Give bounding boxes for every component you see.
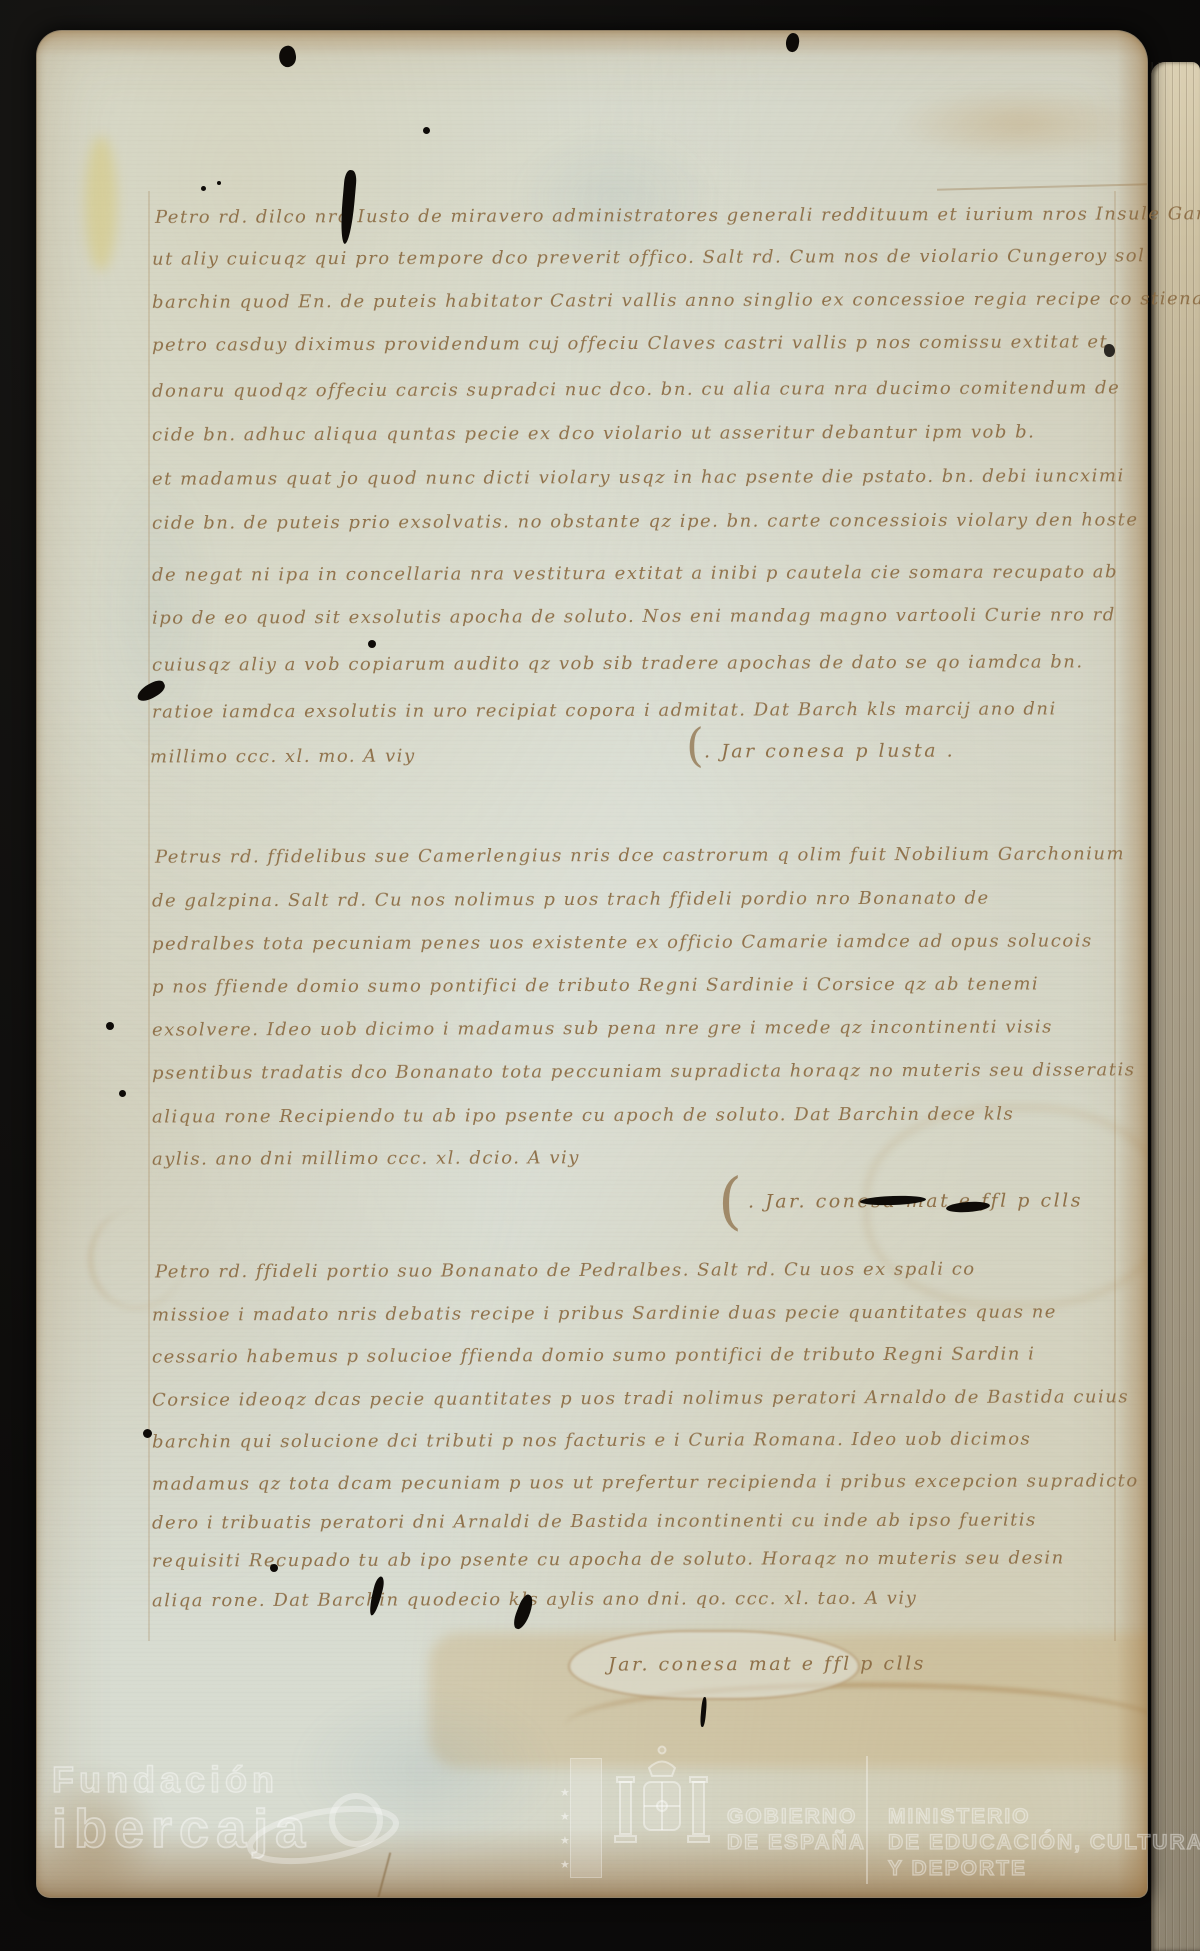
watermark-divider: [866, 1756, 868, 1884]
manuscript-line: pedralbes tota pecuniam penes uos existe…: [152, 932, 1093, 953]
manuscript-line: de galzpina. Salt rd. Cu nos nolimus p u…: [152, 890, 990, 911]
manuscript-line: cuiusqz aliy a vob copiarum audito qz vo…: [152, 653, 1084, 674]
ink-blot: [1104, 344, 1115, 357]
ink-blot: [423, 127, 430, 134]
manuscript-line: petro casduy diximus providendum cuj off…: [152, 333, 1108, 354]
manuscript-line: cide bn. adhuc aliqua quntas pecie ex dc…: [152, 423, 1035, 444]
ibercaja-swirl-logo-icon: [238, 1780, 403, 1880]
stain-top-right: [892, 86, 1147, 161]
manuscript-line: aylis. ano dni millimo ccc. xl. dcio. A …: [152, 1149, 580, 1168]
stain-curve-left: [89, 1209, 184, 1309]
manuscript-line: exsolvere. Ideo uob dicimo i madamus sub…: [152, 1018, 1053, 1039]
manuscript-line: dero i tribuatis peratori dni Arnaldi de…: [152, 1511, 1037, 1532]
eu-flag-icon: [570, 1758, 602, 1878]
manuscript-line: p nos ffiende domio sumo pontifici de tr…: [152, 975, 1039, 996]
eu-star-icon: ★: [560, 1836, 570, 1847]
manuscript-line: barchin qui solucione dci tributi p nos …: [152, 1430, 1031, 1451]
manuscript-line: Petro rd. ffideli portio suo Bonanato de…: [155, 1261, 976, 1282]
ink-blot: [143, 1429, 152, 1438]
eu-star-icon: ★: [560, 1788, 570, 1799]
manuscript-line: madamus qz tota dcam pecuniam p uos ut p…: [152, 1472, 1139, 1493]
book-fore-edge-pages: [1151, 62, 1200, 1951]
ink-blot: [217, 181, 221, 185]
manuscript-line: ratioe iamdca exsolutis in uro recipiat …: [152, 700, 1057, 721]
manuscript-line: cessario habemus p solucioe ffienda domi…: [152, 1345, 1035, 1366]
manuscript-line: de negat ni ipa in concellaria nra vesti…: [152, 563, 1118, 584]
ministry-watermark-line1: MINISTERIO: [888, 1806, 1031, 1827]
manuscript-line: Petrus rd. ffidelibus sue Camerlengius n…: [155, 845, 1125, 866]
gobierno-watermark-line2: DE ESPAÑA: [727, 1832, 866, 1853]
margin-rule-left: [148, 191, 150, 1641]
ink-blot: [106, 1022, 114, 1030]
stain-yellow-left-edge: [85, 136, 117, 271]
ink-blot: [270, 1564, 278, 1572]
signature-jar-conesa-3: Jar. conesa mat e ffl p clls: [608, 1654, 926, 1674]
ministry-watermark-line2: DE EDUCACIÓN, CULTURA: [888, 1832, 1200, 1853]
gobierno-watermark-line1: GOBIERNO: [727, 1806, 857, 1827]
photograph-of-manuscript: Petro rd. dilco nro Iusto de miravero ad…: [0, 0, 1200, 1951]
rule-top-right: [937, 183, 1147, 190]
manuscript-line: requisiti Recupado tu ab ipo psente cu a…: [152, 1549, 1065, 1570]
manuscript-line: aliqua rone Recipiendo tu ab ipo psente …: [152, 1105, 1014, 1126]
manuscript-line: donaru quodqz offeciu carcis supradci nu…: [152, 379, 1120, 400]
manuscript-line: cide bn. de puteis prio exsolvatis. no o…: [152, 511, 1139, 532]
page-top-edge-browning: [37, 31, 1147, 57]
manuscript-line: psentibus tradatis dco Bonanato tota pec…: [152, 1061, 1136, 1082]
eu-star-icon: ★: [560, 1812, 570, 1823]
page-right-edge-browning: [1117, 31, 1147, 1897]
manuscript-line: et madamus quat jo quod nunc dicti viola…: [152, 467, 1125, 488]
manuscript-line: aliqa rone. Dat Barchin quodecio kls ayl…: [152, 1590, 917, 1611]
manuscript-line: ut aliy cuicuqz qui pro tempore dco prev…: [152, 247, 1145, 268]
signature-jar-conesa-1: . Jar conesa p lusta .: [704, 742, 955, 762]
ink-blot: [368, 640, 376, 648]
manuscript-line: Petro rd. dilco nro Iusto de miravero ad…: [155, 205, 1200, 227]
ministry-watermark-line3: Y DEPORTE: [888, 1858, 1027, 1879]
manuscript-line: missioe i madato nris debatis recipe i p…: [152, 1303, 1057, 1324]
manuscript-line: barchin quod En. de puteis habitator Cas…: [152, 290, 1200, 312]
manuscript-dateline: millimo ccc. xl. mo. A viy: [150, 748, 416, 767]
eu-star-icon: ★: [560, 1860, 570, 1871]
manuscript-line: Corsice ideoqz dcas pecie quantitates p …: [152, 1388, 1129, 1409]
ink-blot: [201, 186, 206, 191]
margin-rule-right: [1114, 191, 1116, 1641]
ink-blot: [119, 1090, 126, 1097]
signature-flourish: (: [718, 1170, 742, 1232]
spain-coat-of-arms-icon: [612, 1742, 712, 1882]
signature-flourish: (: [686, 722, 704, 768]
manuscript-line: ipo de eo quod sit exsolutis apocha de s…: [152, 606, 1116, 627]
